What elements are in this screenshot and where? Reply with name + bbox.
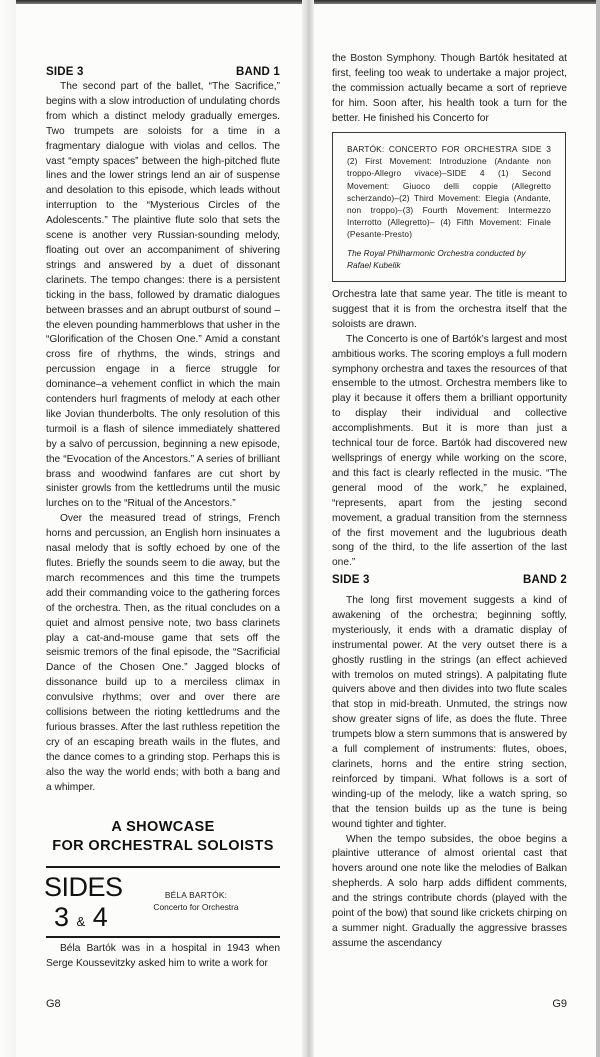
side-label: SIDE 3 [332, 574, 370, 586]
page-number: G8 [46, 998, 61, 1010]
band1-body: The second part of the ballet, “The Sacr… [46, 80, 280, 796]
right-page: the Boston Symphony. Though Bartók hesit… [332, 0, 567, 1057]
work-info: BÉLA BARTÓK: Concerto for Orchestra [136, 889, 256, 913]
track-listing: BARTÓK: CONCERTO FOR ORCHESTRA SIDE 3 (2… [347, 143, 551, 241]
composer-name: BÉLA BARTÓK: [136, 889, 256, 901]
ampersand: & [77, 914, 86, 929]
body-paragraph: the Boston Symphony. Though Bartók hesit… [332, 52, 567, 127]
side-number-b: 4 [93, 902, 108, 932]
body-paragraph: When the tempo subsides, the oboe begins… [332, 833, 567, 952]
body-paragraph: Orchestra late that same year. The title… [332, 288, 567, 333]
body-paragraph: The long first movement suggests a kind … [332, 594, 567, 833]
work-title: Concerto for Orchestra [136, 901, 256, 913]
center-gutter [302, 0, 314, 1057]
intro-continuation: the Boston Symphony. Though Bartók hesit… [332, 52, 567, 127]
divider-rule [46, 936, 280, 938]
section-heading: A SHOWCASE FOR ORCHESTRAL SOLOISTS [46, 818, 280, 856]
body-paragraph: Béla Bartók was in a hospital in 1943 wh… [46, 942, 280, 972]
left-page: SIDE 3 BAND 1 The second part of the bal… [46, 0, 280, 1057]
page-left-edge [0, 0, 16, 1057]
section-heading-line1: A SHOWCASE [46, 818, 280, 837]
sides-word: SIDES [44, 872, 123, 902]
divider-rule [46, 866, 280, 868]
band-label: BAND 2 [523, 574, 567, 586]
side-number-a: 3 [54, 902, 69, 932]
performer-credit: The Royal Philharmonic Orchestra conduct… [347, 247, 551, 271]
band-header-side3-band1: SIDE 3 BAND 1 [46, 66, 280, 78]
page-number: G9 [552, 998, 567, 1010]
track-credit-box: BARTÓK: CONCERTO FOR ORCHESTRA SIDE 3 (2… [332, 132, 566, 282]
body-paragraph: Over the measured tread of strings, Fren… [46, 512, 280, 795]
intro-body: Béla Bartók was in a hospital in 1943 wh… [46, 942, 280, 972]
side-label: SIDE 3 [46, 66, 84, 78]
body-paragraph: The second part of the ballet, “The Sacr… [46, 80, 280, 512]
band2-body: The long first movement suggests a kind … [332, 594, 567, 952]
booklet-spread: SIDE 3 BAND 1 The second part of the bal… [0, 0, 600, 1057]
band-label: BAND 1 [236, 66, 280, 78]
band-header-side3-band2: SIDE 3 BAND 2 [332, 574, 567, 586]
sides-numbers: 3 & 4 [54, 902, 108, 937]
body-paragraph: The Concerto is one of Bartók’s largest … [332, 333, 567, 572]
concerto-description: Orchestra late that same year. The title… [332, 288, 567, 571]
section-heading-line2: FOR ORCHESTRAL SOLOISTS [46, 837, 280, 856]
page-right-edge [596, 0, 600, 1057]
sides-block: SIDES 3 & 4 BÉLA BARTÓK: Concerto for Or… [46, 872, 280, 934]
